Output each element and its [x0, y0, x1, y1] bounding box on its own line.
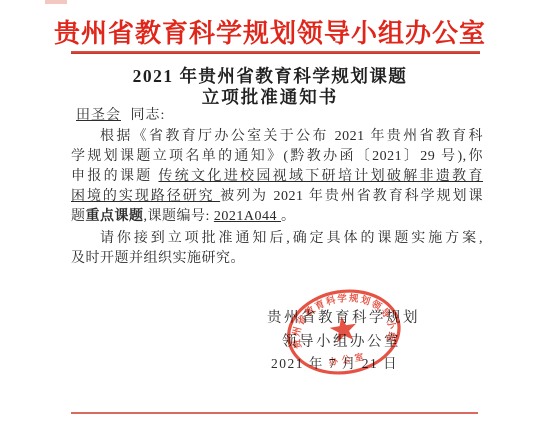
- document-page: 贵州省教育科学规划领导小组办公室 2021 年贵州省教育科学规划课题 立项批准通…: [0, 0, 540, 423]
- body-line: 申报的课题 传统文化进校园视域下研培计划破解非遗教育: [71, 167, 483, 187]
- footer-rule: [71, 412, 478, 414]
- body-text-segment: 学规划课题立项名单的通知》(黔教办函〔2021〕29 号),你: [71, 149, 483, 164]
- salutation-suffix: 同志:: [126, 108, 165, 123]
- recipient-name: 田圣会: [71, 108, 126, 123]
- body-line: 及时开题并组织实施研究。: [71, 249, 483, 269]
- scan-artifact: [45, 0, 67, 4]
- letterhead-office-name: 贵州省教育科学规划领导小组办公室: [0, 13, 540, 50]
- body-text-segment: 根据《省教育厅办公室关于公布 2021 年贵州省教育科: [100, 129, 483, 144]
- body-text-segment: 传统文化进校园视域下研培计划破解非遗教育: [158, 169, 483, 184]
- body-text-segment: 重点课题: [86, 209, 144, 224]
- body-text-segment: 困境的实现路径研究: [71, 189, 220, 204]
- body-text-segment: 及时开题并组织实施研究。: [71, 251, 245, 266]
- document-title-line1: 2021 年贵州省教育科学规划课题: [0, 66, 540, 87]
- body-text-segment: 。: [281, 209, 296, 224]
- body-text-segment: ,课题编号:: [144, 209, 214, 224]
- body-line: 学规划课题立项名单的通知》(黔教办函〔2021〕29 号),你: [71, 147, 483, 167]
- body-line: 题重点课题,课题编号: 2021A044 。: [71, 207, 483, 227]
- body-line: 根据《省教育厅办公室关于公布 2021 年贵州省教育科: [71, 127, 483, 147]
- body-line: 困境的实现路径研究 被列为 2021 年贵州省教育科学规划课: [71, 187, 483, 207]
- body-text-segment: 请你接到立项批准通知后,确定具体的课题实施方案,: [100, 231, 483, 246]
- body-line: 请你接到立项批准通知后,确定具体的课题实施方案,: [71, 229, 483, 249]
- salutation: 田圣会 同志:: [71, 104, 165, 124]
- body-text-segment: 题: [71, 209, 86, 224]
- letterhead-rule: [71, 51, 480, 54]
- body-text-segment: 申报的课题: [71, 169, 158, 184]
- closing-org-line1: 贵州省教育科学规划: [267, 306, 420, 327]
- closing-date: 2021 年 7 月 21 日: [271, 352, 398, 372]
- body-text-segment: 被列为 2021 年贵州省教育科学规划课: [220, 189, 483, 204]
- document-title: 2021 年贵州省教育科学规划课题 立项批准通知书: [0, 66, 540, 108]
- body-text-segment: 2021A044: [214, 209, 281, 224]
- closing-org-line2: 领导小组办公室: [282, 330, 401, 351]
- body-paragraphs: 根据《省教育厅办公室关于公布 2021 年贵州省教育科学规划课题立项名单的通知》…: [71, 127, 483, 269]
